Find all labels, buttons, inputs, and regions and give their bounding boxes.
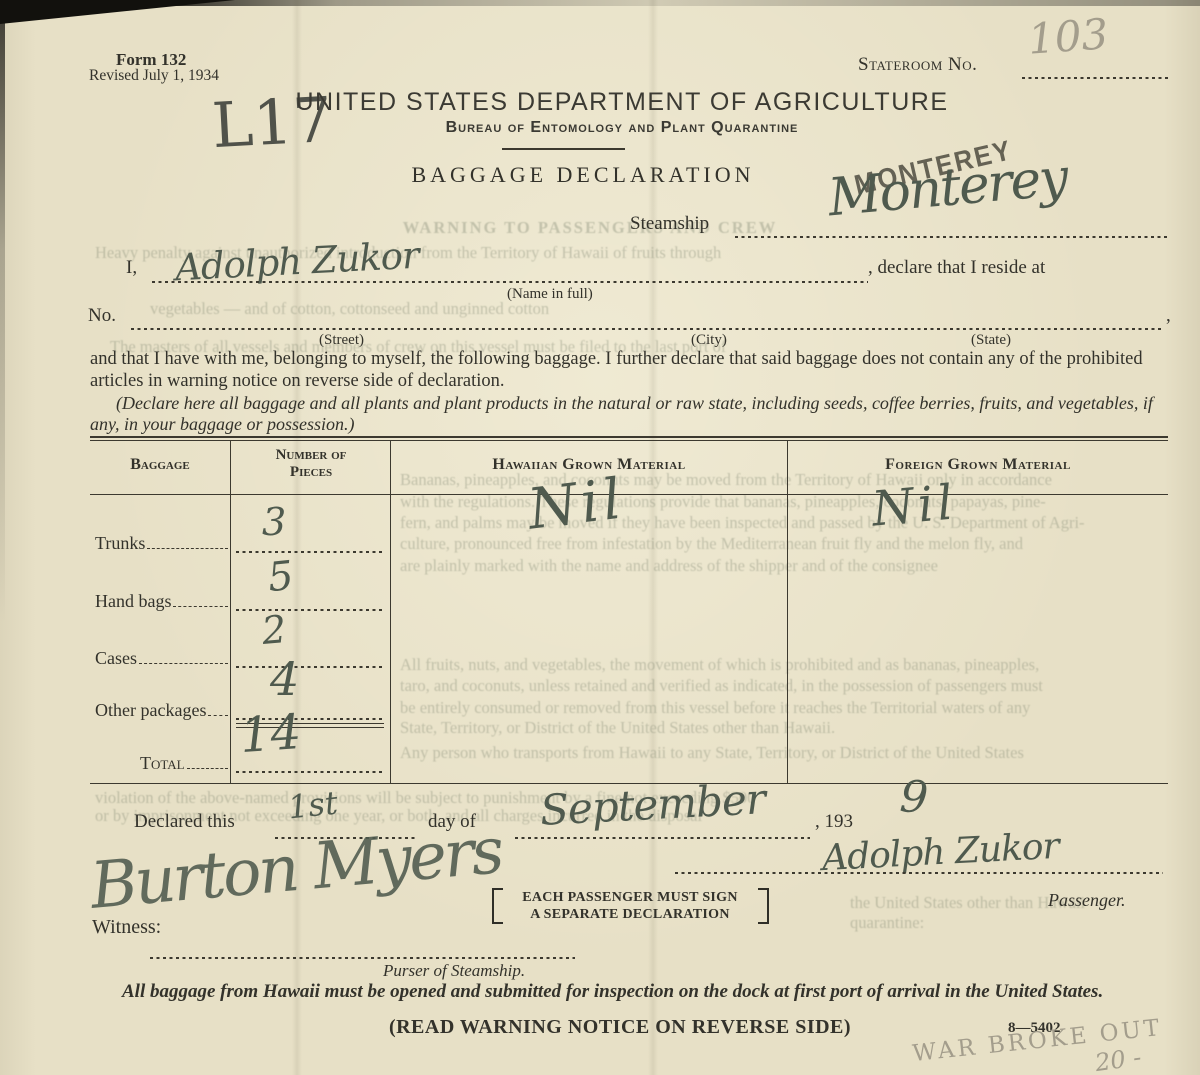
sign-notice-line2: A SEPARATE DECLARATION <box>503 906 757 923</box>
table-header-rule <box>90 494 1168 495</box>
address-line-comma: , <box>1166 305 1171 327</box>
document-title: BAGGAGE DECLARATION <box>280 162 886 188</box>
steamship-line <box>735 236 1168 238</box>
bleedthrough-text: with the regulations. These regulations … <box>400 492 1160 512</box>
leader-dots <box>187 768 228 769</box>
bleedthrough-text: State, Territory, or District of the Uni… <box>400 718 1000 738</box>
bleedthrough-text: All fruits, nuts, and vegetables, the mo… <box>400 655 1160 675</box>
table-top-rule-2 <box>90 440 1168 441</box>
table-row-handbags: Hand bags <box>95 591 228 612</box>
pieces-line-trunks <box>236 551 384 553</box>
reverse-warning: (READ WARNING NOTICE ON REVERSE SIDE) <box>340 1016 900 1039</box>
trunks-count-handwritten: 3 <box>262 500 286 544</box>
name-caption: (Name in full) <box>507 286 593 303</box>
sign-notice: EACH PASSENGER MUST SIGN A SEPARATE DECL… <box>503 889 757 923</box>
pieces-line-handbags <box>236 609 384 611</box>
foreign-nil-handwritten: Nil <box>870 474 959 537</box>
city-caption: (City) <box>691 332 727 349</box>
bleedthrough-text: fern, and palms may be moved if they hav… <box>400 513 1160 533</box>
handbags-count-handwritten: 5 <box>266 553 296 601</box>
passenger-caption: Passenger. <box>1048 890 1126 911</box>
col-header-pieces-line1: Number of <box>232 447 390 464</box>
leader-dots <box>139 663 228 664</box>
bleedthrough-text: be entirely consumed or removed from thi… <box>400 698 1160 718</box>
pieces-line-total <box>236 771 384 773</box>
leader-dots <box>173 606 228 607</box>
scan-edge-left <box>0 0 5 624</box>
row-label: Cases <box>95 648 137 669</box>
row-label: Other packages <box>95 700 206 721</box>
col-header-foreign: Foreign Grown Material <box>789 456 1167 474</box>
declared-this-label: Declared this <box>134 811 235 833</box>
no-label: No. <box>88 305 116 327</box>
bleedthrough-text: Any person who transports from Hawaii to… <box>400 743 1160 763</box>
bureau-subtitle: Bureau of Entomology and Plant Quarantin… <box>280 119 964 137</box>
declaration-paragraph: and that I have with me, belonging to my… <box>90 349 1172 392</box>
declare-instruction-paragraph: (Declare here all baggage and all plants… <box>90 393 1172 435</box>
row-label: Trunks <box>95 533 145 554</box>
scan-corner-top-left <box>0 0 235 24</box>
stateroom-number-handwritten: 103 <box>1026 9 1109 63</box>
year-prefix: , 193 <box>815 811 853 833</box>
baggage-declaration-document: WARNING TO PASSENGERS AND CREW Heavy pen… <box>0 0 1200 1075</box>
inspection-notice: All baggage from Hawaii must be opened a… <box>92 981 1174 1003</box>
stateroom-label: Stateroom No. <box>858 54 977 76</box>
purser-caption: Purser of Steamship. <box>383 961 525 981</box>
bleedthrough-text: are plainly marked with the name and add… <box>400 556 1100 576</box>
sign-notice-line1: EACH PASSENGER MUST SIGN <box>503 889 757 906</box>
pieces-line-cases <box>236 666 384 668</box>
address-line <box>131 328 1164 330</box>
witness-label: Witness: <box>92 916 161 939</box>
table-row-cases: Cases <box>95 648 228 669</box>
stateroom-line <box>1022 77 1168 79</box>
col-header-pieces-line2: Pieces <box>232 464 390 481</box>
purser-signature-line <box>150 957 575 959</box>
total-count-handwritten: 14 <box>238 704 303 764</box>
street-caption: (Street) <box>319 332 364 349</box>
department-title: UNITED STATES DEPARTMENT OF AGRICULTURE <box>280 88 964 117</box>
bleedthrough-text: taro, and coconuts, unless retained and … <box>400 676 1160 696</box>
table-row-trunks: Trunks <box>95 533 228 554</box>
table-col-divider-1 <box>230 440 231 783</box>
bleedthrough-text: culture, pronounced free from infestatio… <box>400 534 1160 554</box>
state-caption: (State) <box>971 332 1011 349</box>
steamship-label: Steamship <box>630 213 709 235</box>
reside-text: , declare that I reside at <box>868 257 1045 279</box>
hawaiian-nil-handwritten: Nil <box>524 466 628 542</box>
table-top-rule-1 <box>90 436 1168 438</box>
passenger-signature-line <box>675 872 1163 874</box>
row-label: Hand bags <box>95 591 171 612</box>
i-label: I, <box>126 257 137 279</box>
table-col-divider-2 <box>390 440 391 783</box>
month-line <box>515 837 810 839</box>
steamship-name-handwritten: Monterey <box>826 148 1069 229</box>
name-line <box>152 281 868 283</box>
cases-count-handwritten: 2 <box>260 607 288 653</box>
row-label: Total <box>140 753 185 774</box>
notice-bracket-left <box>492 888 503 924</box>
notice-bracket-right <box>758 888 769 924</box>
col-header-pieces: Number of Pieces <box>232 447 390 481</box>
table-row-other-packages: Other packages <box>95 700 228 721</box>
day-value-handwritten: 1st <box>286 784 339 827</box>
table-row-total: Total <box>140 753 228 774</box>
header-divider <box>502 148 625 150</box>
year-digit-handwritten: 9 <box>898 771 929 824</box>
pencil-note-number: 20 - <box>1093 1043 1143 1075</box>
col-header-baggage: Baggage <box>90 456 230 474</box>
form-revision-date: Revised July 1, 1934 <box>89 67 219 85</box>
bleedthrough-text: quarantine: <box>850 913 1170 933</box>
leader-dots <box>208 715 228 716</box>
leader-dots <box>147 548 228 549</box>
table-col-divider-3 <box>787 440 788 783</box>
other-packages-count-handwritten: 4 <box>270 652 299 706</box>
